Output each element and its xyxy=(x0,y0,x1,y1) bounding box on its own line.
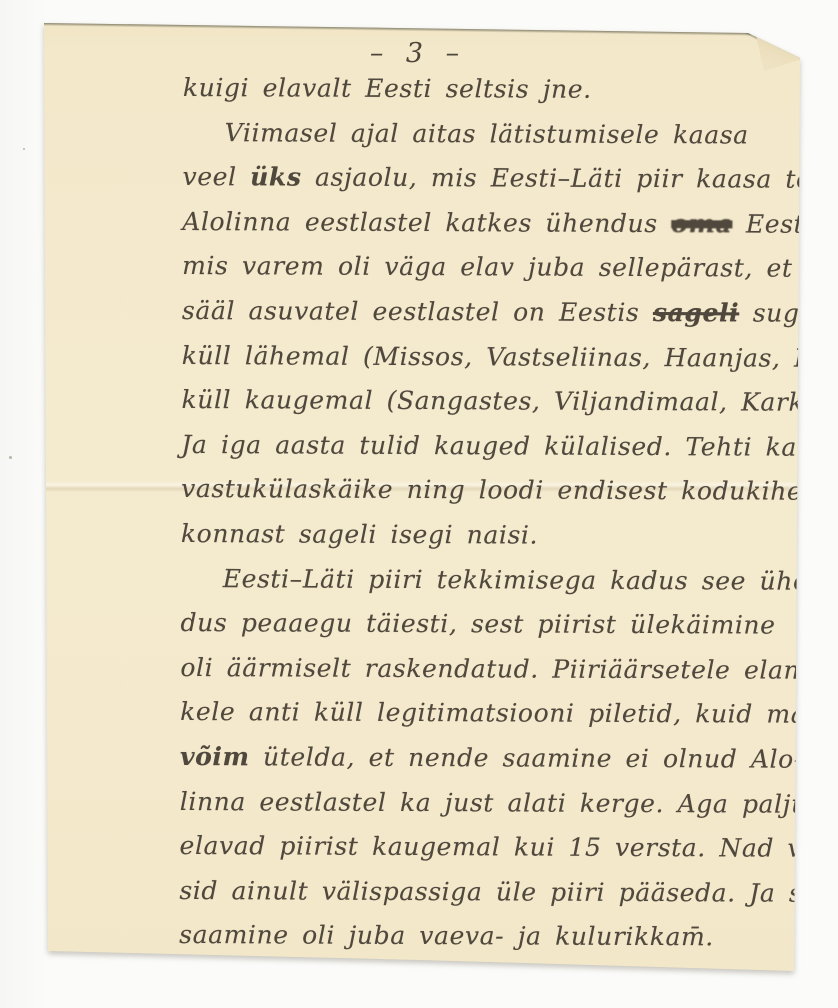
text-segment: vastukülaskäike ning loodi endisest kodu… xyxy=(181,474,820,506)
page-number: – 3 – xyxy=(338,38,498,69)
handwritten-line: vastukülaskäike ning loodi endisest kodu… xyxy=(181,467,793,514)
text-segment: Ja iga aasta tulid kauged külalised. Teh… xyxy=(181,430,797,462)
handwritten-line: Eesti–Läti piiri tekkimisega kadus see ü… xyxy=(181,557,793,604)
text-segment: elavad piirist kaugemal kui 15 versta. N… xyxy=(180,831,836,863)
handwritten-line: Ja iga aasta tulid kauged külalised. Teh… xyxy=(181,423,793,470)
text-segment: oli äärmiselt raskendatud. Piiriäärsetel… xyxy=(180,653,818,685)
handwritten-line: küll kaugemal (Sangastes, Viljandimaal, … xyxy=(181,378,793,425)
handwritten-line: linna eestlastel ka just alati kerge. Ag… xyxy=(180,779,792,826)
text-segment: linna eestlastel ka just alati kerge. Ag… xyxy=(180,786,825,818)
text-segment: üks xyxy=(250,162,302,191)
handwritten-line: oli äärmiselt raskendatud. Piiriäärsetel… xyxy=(180,646,792,693)
page-lines: kuigi elavalt Eesti seltsis jne.Viimasel… xyxy=(179,66,795,961)
text-segment: sääl asuvatel eestlastel on Eestis xyxy=(182,296,653,327)
struck-word: sageli xyxy=(653,298,739,327)
handwritten-line: Viimasel ajal aitas lätistumisele kaasa xyxy=(183,111,795,158)
handwritten-line: elavad piirist kaugemal kui 15 versta. N… xyxy=(179,824,791,871)
struck-word: oma xyxy=(671,209,732,238)
text-segment: mis varem oli väga elav juba sellepärast… xyxy=(182,251,838,283)
text-segment: sid ainult välispassiga üle piiri pääsed… xyxy=(179,876,838,908)
handwritten-line: sääl asuvatel eestlastel on Eestis sagel… xyxy=(182,289,794,336)
text-segment: Alolinna eestlastel katkes ühendus xyxy=(182,207,671,238)
text-segment: ütelda, et nende saamine ei olnud Alo- xyxy=(249,742,802,773)
handwritten-line: võim ütelda, et nende saamine ei olnud A… xyxy=(180,735,792,782)
text-segment: sugulasi, xyxy=(739,298,838,328)
text-segment: asjaolu, mis Eesti–Läti piir kaasa tõi. xyxy=(301,163,828,194)
handwritten-line: mis varem oli väga elav juba sellepärast… xyxy=(182,244,794,291)
handwritten-line: konnast sageli isegi naisi. xyxy=(181,512,793,559)
handwritten-line: kele anti küll legitimatsiooni piletid, … xyxy=(180,690,792,737)
text-segment: võim xyxy=(180,742,250,771)
text-segment: veel xyxy=(182,162,250,191)
handwritten-line: Alolinna eestlastel katkes ühendus oma E… xyxy=(182,200,794,247)
handwritten-line: veel üks asjaolu, mis Eesti–Läti piir ka… xyxy=(182,155,794,202)
handwritten-line: saamine oli juba vaeva- ja kulurikkam̄. xyxy=(179,913,791,960)
handwritten-line: küll lähemal (Missos, Vastseliinas, Haan… xyxy=(182,334,794,381)
text-segment: Viimasel ajal aitas lätistumisele kaasa xyxy=(225,118,749,149)
text-segment: Eestiga, xyxy=(732,209,838,239)
text-segment: küll lähemal (Missos, Vastseliinas, Haan… xyxy=(182,341,838,373)
text-segment: kele anti küll legitimatsiooni piletid, … xyxy=(180,697,806,729)
handwritten-line: sid ainult välispassiga üle piiri pääsed… xyxy=(179,869,791,916)
handwritten-line: dus peaaegu täiesti, sest piirist ülekäi… xyxy=(180,601,792,648)
text-segment: küll kaugemal (Sangastes, Viljandimaal, … xyxy=(181,385,838,417)
paper-top-edge xyxy=(44,22,752,36)
text-segment: Eesti–Läti piiri tekkimisega kadus see ü… xyxy=(223,564,834,596)
manuscript-page-wrap: – 3 – kuigi elavalt Eesti seltsis jne.Vi… xyxy=(0,0,838,1008)
text-segment: kuigi elavalt Eesti seltsis jne. xyxy=(183,73,592,104)
text-segment: saamine oli juba vaeva- ja kulurikkam̄. xyxy=(179,920,714,951)
text-segment: konnast sageli isegi naisi. xyxy=(181,519,538,550)
text-segment: dus peaaegu täiesti, sest piirist ülekäi… xyxy=(181,608,776,640)
handwritten-line: kuigi elavalt Eesti seltsis jne. xyxy=(183,66,795,113)
paper-sheet: – 3 – kuigi elavalt Eesti seltsis jne.Vi… xyxy=(0,0,838,1008)
